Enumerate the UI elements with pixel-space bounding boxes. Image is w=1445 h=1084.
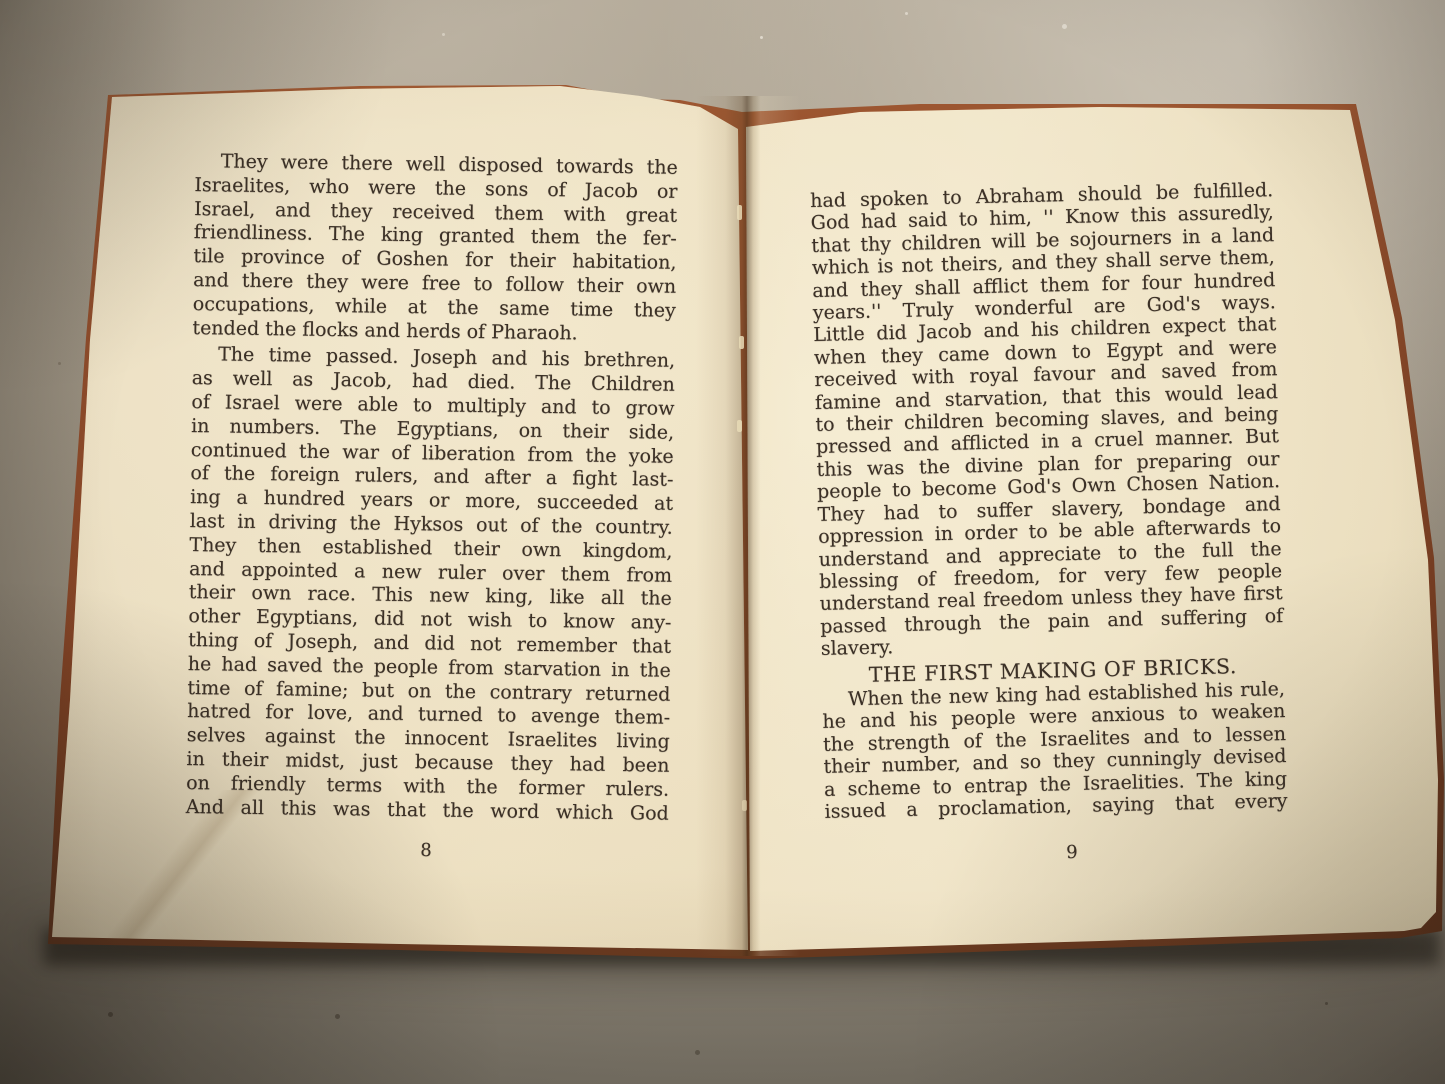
surface-speckles [0, 0, 3, 3]
binding-stitch [737, 205, 742, 220]
page-number-left: 8 [406, 840, 446, 862]
binding-stitch [739, 336, 744, 349]
paragraph: The time passed. Joseph and his brethren… [186, 343, 676, 826]
paragraph: When the new king had established his ru… [822, 678, 1288, 823]
paragraph: had spoken to Abraham should be fulfille… [810, 179, 1284, 660]
binding-stitch [737, 420, 742, 432]
page-9-text: had spoken to Abraham should be fulfille… [810, 179, 1288, 823]
paragraph: They were there well disposed towards th… [192, 150, 678, 347]
page-number-right: 9 [1052, 842, 1092, 864]
book-gutter-shadow [696, 96, 800, 956]
photo-scene: They were there well disposed towards th… [0, 0, 1445, 1084]
binding-stitch [742, 800, 747, 811]
page-8-text: They were there well disposed towards th… [186, 150, 678, 826]
